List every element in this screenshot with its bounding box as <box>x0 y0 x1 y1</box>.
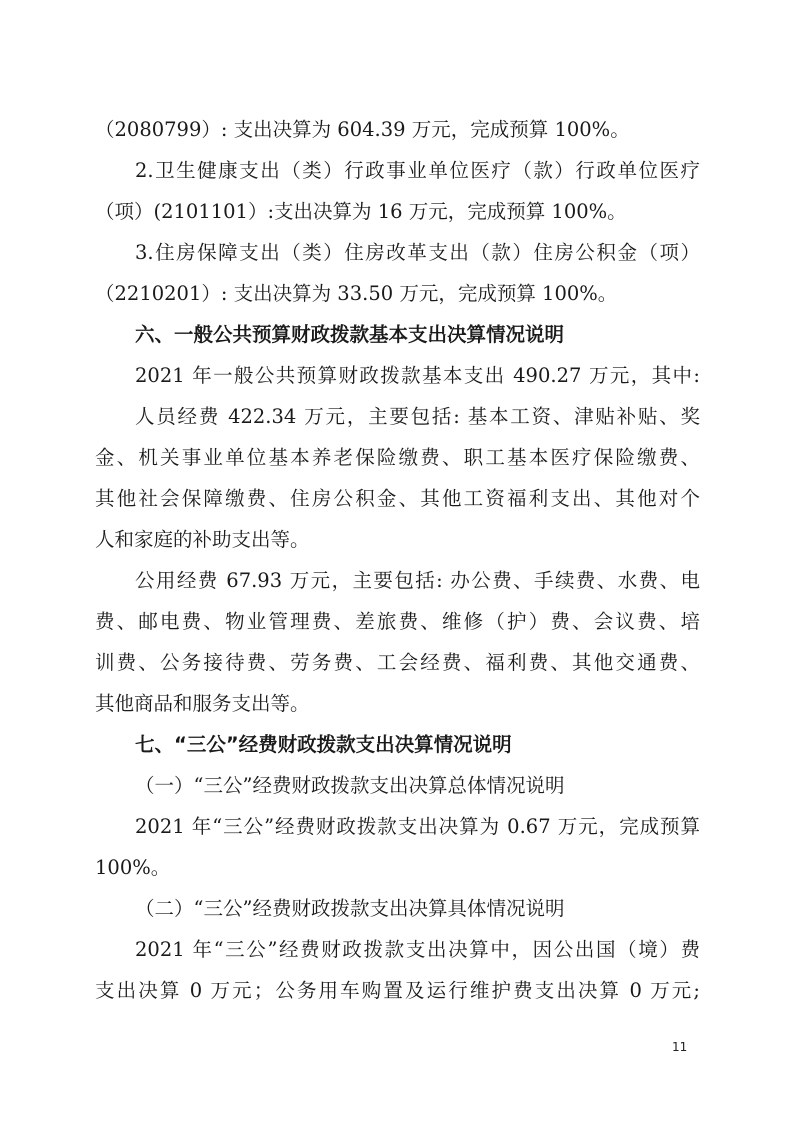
paragraph-line: 2.卫生健康支出（类）行政事业单位医疗（款）行政单位医疗 <box>135 156 700 186</box>
document-page: （2080799）: 支出决算为 604.39 万元，完成预算 100%。 2.… <box>0 0 794 1122</box>
section-heading-6: 六、一般公共预算财政拨款基本支出决算情况说明 <box>135 320 700 350</box>
paragraph-line: 2021 年“三公”经费财政拨款支出决算中，因公出国（境）费 <box>135 935 700 965</box>
paragraph-line: 其他社会保障缴费、住房公积金、其他工资福利支出、其他对个 <box>95 484 700 514</box>
paragraph-line: 2021 年“三公”经费财政拨款支出决算为 0.67 万元，完成预算 <box>135 812 700 842</box>
paragraph-line: 3.住房保障支出（类）住房改革支出（款）住房公积金（项） <box>135 238 700 268</box>
subsection-heading-2: （二）“三公”经费财政拨款支出决算具体情况说明 <box>135 894 700 924</box>
paragraph-line: 金、机关事业单位基本养老保险缴费、职工基本医疗保险缴费、 <box>95 443 700 473</box>
paragraph-line: （项）(2101101）:支出决算为 16 万元，完成预算 100%。 <box>95 197 700 227</box>
paragraph-line: （2080799）: 支出决算为 604.39 万元，完成预算 100%。 <box>95 115 700 145</box>
paragraph-line: 费、邮电费、物业管理费、差旅费、维修（护）费、会议费、培 <box>95 607 700 637</box>
subsection-heading-1: （一）“三公”经费财政拨款支出决算总体情况说明 <box>135 771 700 801</box>
paragraph-line: 支出决算 0 万元；公务用车购置及运行维护费支出决算 0 万元; <box>95 976 700 1006</box>
paragraph-line: 训费、公务接待费、劳务费、工会经费、福利费、其他交通费、 <box>95 648 700 678</box>
paragraph-line: （2210201）: 支出决算为 33.50 万元，完成预算 100%。 <box>95 279 700 309</box>
paragraph-line: 公用经费 67.93 万元，主要包括: 办公费、手续费、水费、电 <box>135 566 700 596</box>
section-heading-7: 七、“三公”经费财政拨款支出决算情况说明 <box>135 730 700 760</box>
paragraph-line: 2021 年一般公共预算财政拨款基本支出 490.27 万元，其中: <box>135 361 700 391</box>
paragraph-line: 人员经费 422.34 万元，主要包括: 基本工资、津贴补贴、奖 <box>135 402 700 432</box>
paragraph-line: 人和家庭的补助支出等。 <box>95 525 700 555</box>
paragraph-line: 100%。 <box>95 853 700 883</box>
page-number: 11 <box>672 1040 687 1054</box>
paragraph-line: 其他商品和服务支出等。 <box>95 689 700 719</box>
